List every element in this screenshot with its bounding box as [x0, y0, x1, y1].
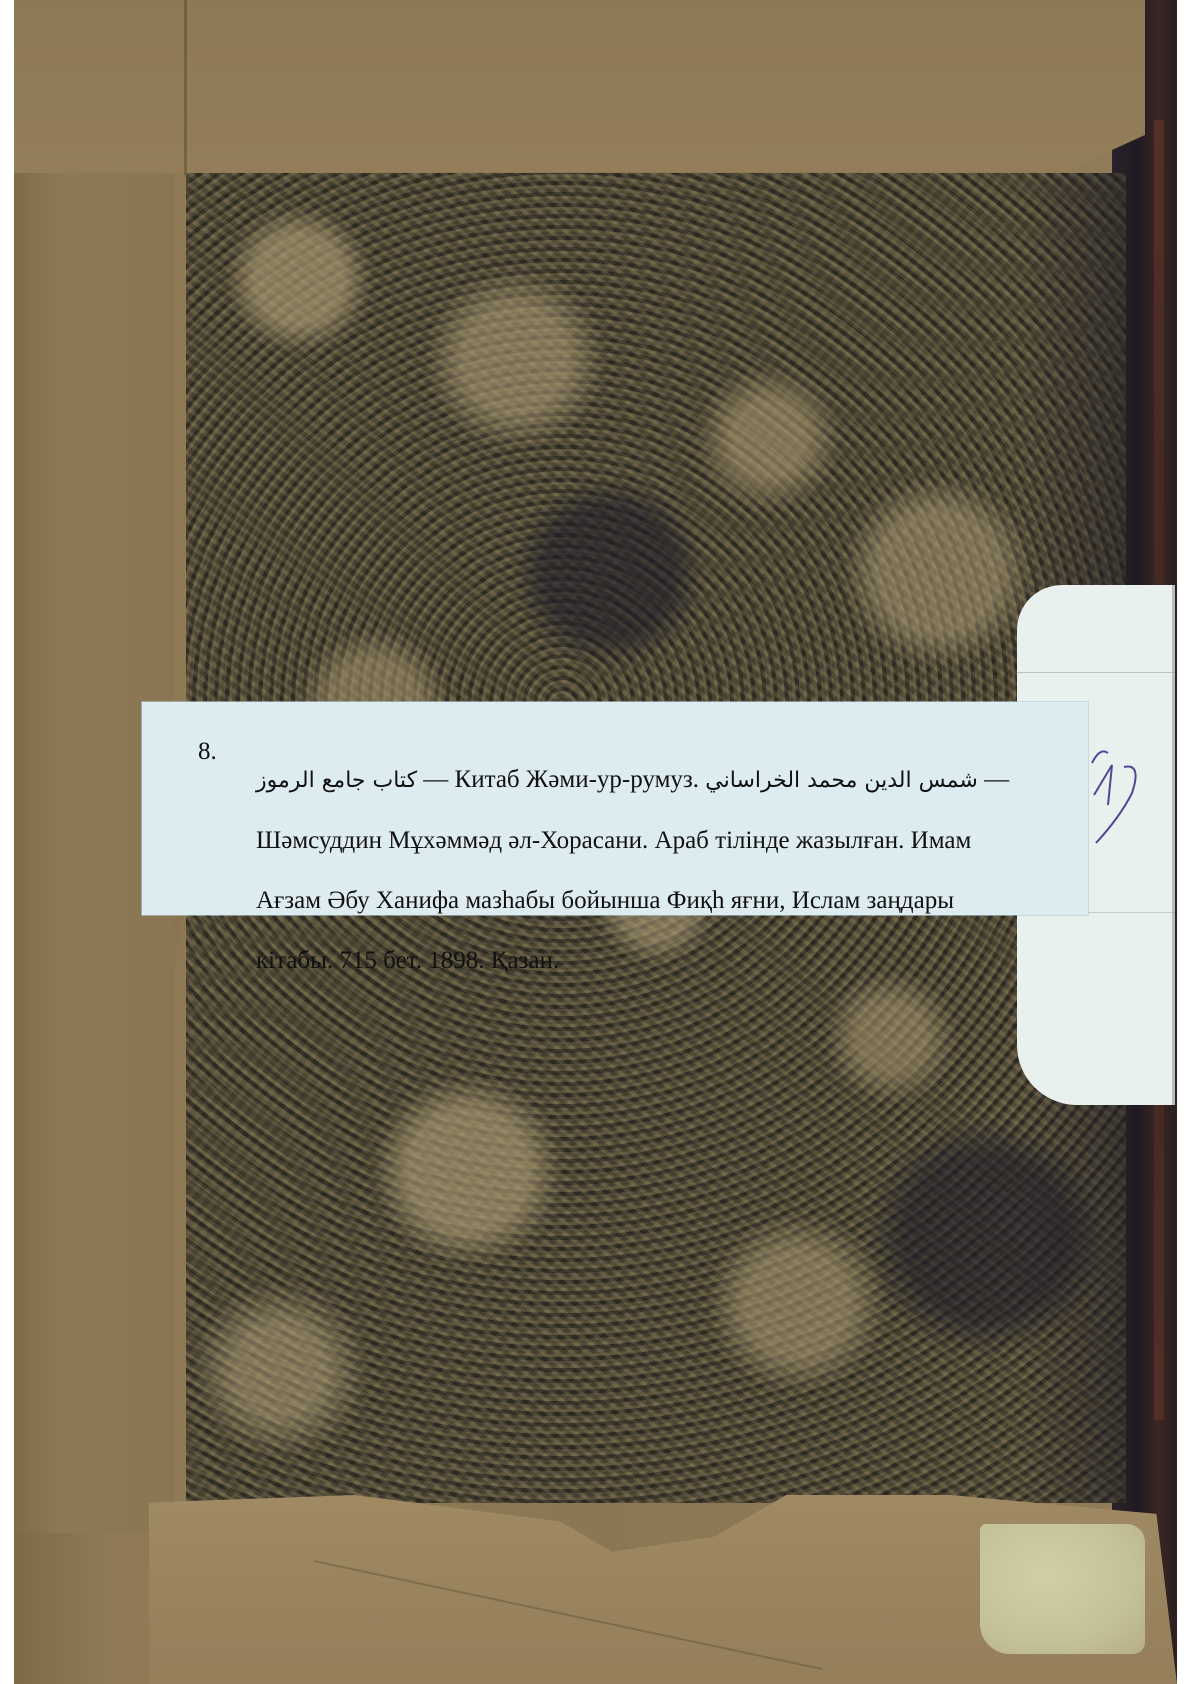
catalogue-label: 8. كتاب جامع الرموز — Китаб Жәми-ур-руму…: [142, 702, 1088, 915]
entry-number: 8.: [198, 738, 217, 766]
arabic-author: شمس الدين محمد الخراساني: [705, 768, 978, 793]
dash: —: [417, 766, 455, 793]
entry-description: كتاب جامع الرموز — Китаб Жәми-ур-румуз. …: [256, 735, 1076, 1006]
paper-repair-patch: [980, 1524, 1145, 1654]
label-line-4: кітабы. 715 бет. 1898. Қазан.: [256, 946, 1076, 976]
arabic-title: كتاب جامع الرموز: [256, 768, 417, 793]
label-line-1: كتاب جامع الرموز — Китаб Жәми-ур-румуз. …: [256, 765, 1076, 796]
handwritten-number-mark: [1090, 745, 1150, 845]
dash: —: [978, 766, 1009, 793]
tab-crease: [1017, 672, 1175, 673]
cyrillic-title: Китаб Жәми-ур-румуз.: [455, 766, 706, 793]
label-line-3: Ағзам Әбу Ханифа мазһабы бойынша Фиқһ яғ…: [256, 886, 1076, 916]
paper-crease: [184, 0, 187, 175]
label-line-2: Шәмсуддин Мұхәммәд әл-Хорасани. Араб тіл…: [256, 826, 1076, 856]
